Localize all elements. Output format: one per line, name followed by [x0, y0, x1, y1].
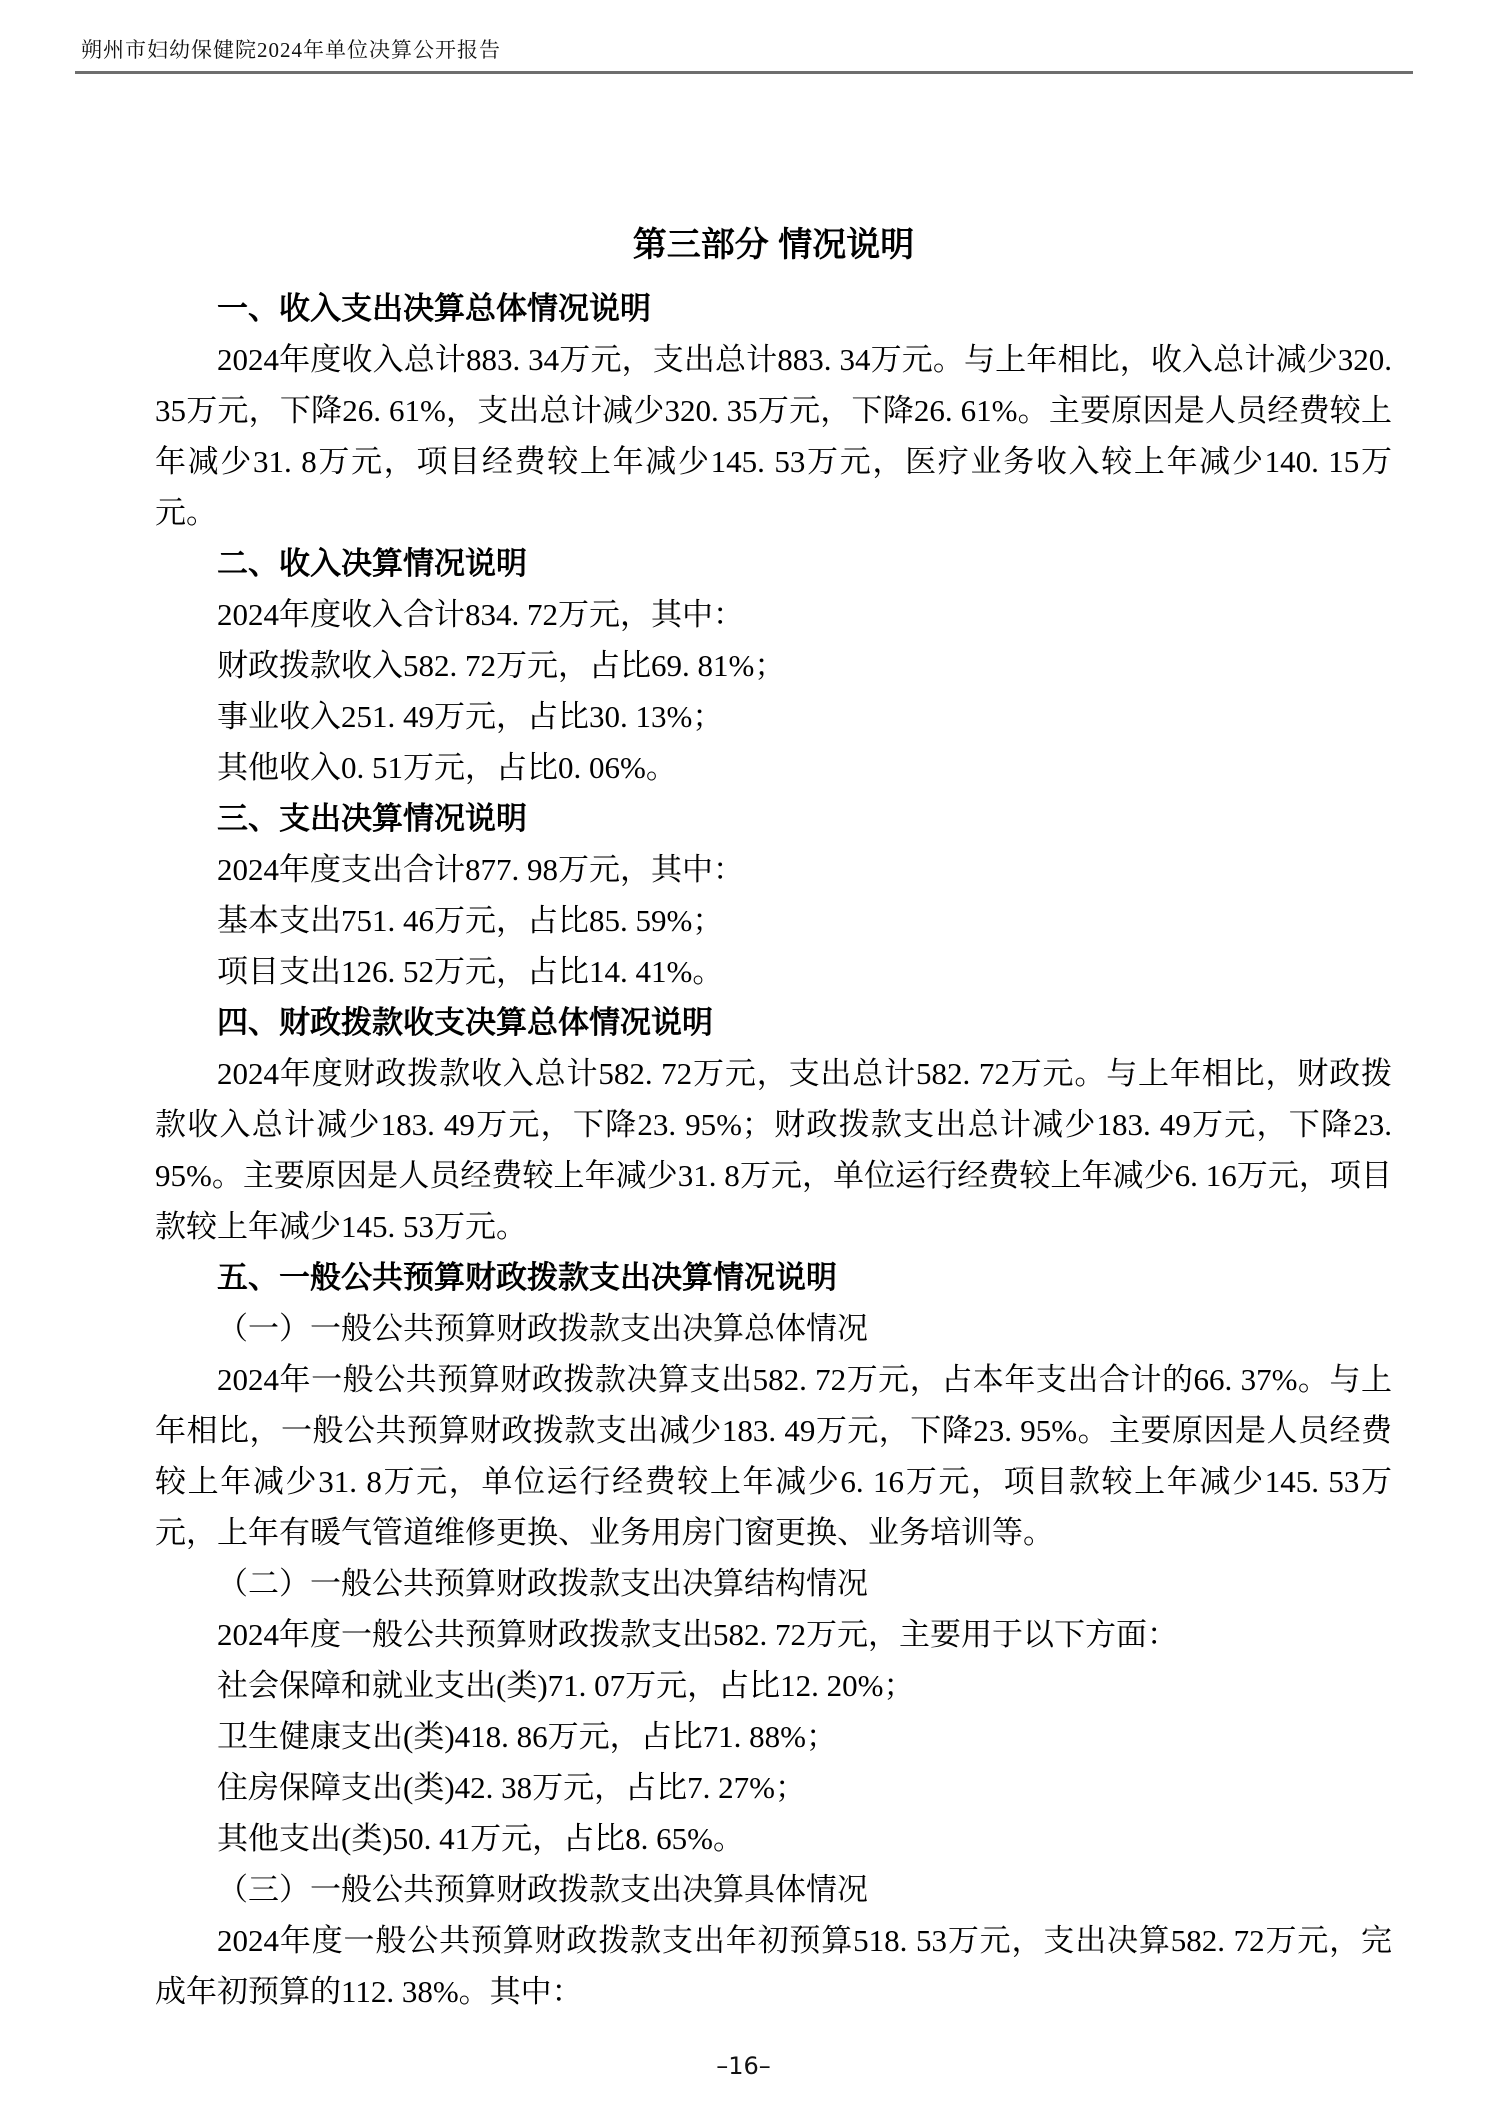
subsection-heading-1: （一）一般公共预算财政拨款支出决算总体情况 — [155, 1303, 1392, 1354]
paragraph-income-total: 2024年度收入合计834. 72万元，其中： — [155, 589, 1392, 640]
stat-line-health: 卫生健康支出(类)418. 86万元，占比71. 88%； — [155, 1711, 1392, 1762]
header-rule — [75, 71, 1413, 74]
stat-line-fiscal-income: 财政拨款收入582. 72万元，占比69. 81%； — [155, 640, 1392, 691]
stat-line-other-expenditure: 其他支出(类)50. 41万元，占比8. 65%。 — [155, 1813, 1392, 1864]
stat-line-operating-income: 事业收入251. 49万元，占比30. 13%； — [155, 691, 1392, 742]
paragraph-expenditure-total: 2024年度支出合计877. 98万元，其中： — [155, 844, 1392, 895]
document-page: 朔州市妇幼保健院2024年单位决算公开报告 第三部分 情况说明 一、收入支出决算… — [0, 0, 1487, 2105]
section-heading-3: 三、支出决算情况说明 — [155, 793, 1392, 844]
page-number: –16– — [0, 2052, 1487, 2080]
section-heading-2: 二、收入决算情况说明 — [155, 538, 1392, 589]
paragraph-overall-summary: 2024年度收入总计883. 34万元，支出总计883. 34万元。与上年相比，… — [155, 334, 1392, 538]
stat-line-social-security: 社会保障和就业支出(类)71. 07万元，占比12. 20%； — [155, 1660, 1392, 1711]
header-title: 朔州市妇幼保健院2024年单位决算公开报告 — [75, 36, 1413, 64]
part-title: 第三部分 情况说明 — [155, 220, 1392, 271]
stat-line-other-income: 其他收入0. 51万元，占比0. 06%。 — [155, 742, 1392, 793]
page-header: 朔州市妇幼保健院2024年单位决算公开报告 — [75, 36, 1413, 74]
stat-line-housing: 住房保障支出(类)42. 38万元，占比7. 27%； — [155, 1762, 1392, 1813]
stat-line-project-expenditure: 项目支出126. 52万元，占比14. 41%。 — [155, 946, 1392, 997]
paragraph-fiscal-summary: 2024年度财政拨款收入总计582. 72万元，支出总计582. 72万元。与上… — [155, 1048, 1392, 1252]
section-heading-4: 四、财政拨款收支决算总体情况说明 — [155, 997, 1392, 1048]
subsection-heading-2: （二）一般公共预算财政拨款支出决算结构情况 — [155, 1558, 1392, 1609]
paragraph-budget-structure: 2024年度一般公共预算财政拨款支出582. 72万元，主要用于以下方面： — [155, 1609, 1392, 1660]
section-heading-5: 五、一般公共预算财政拨款支出决算情况说明 — [155, 1252, 1392, 1303]
section-heading-1: 一、收入支出决算总体情况说明 — [155, 283, 1392, 334]
paragraph-budget-overall: 2024年一般公共预算财政拨款决算支出582. 72万元，占本年支出合计的66.… — [155, 1354, 1392, 1558]
subsection-heading-3: （三）一般公共预算财政拨款支出决算具体情况 — [155, 1864, 1392, 1915]
document-body: 第三部分 情况说明 一、收入支出决算总体情况说明 2024年度收入总计883. … — [155, 220, 1392, 2017]
stat-line-basic-expenditure: 基本支出751. 46万元，占比85. 59%； — [155, 895, 1392, 946]
paragraph-budget-detail: 2024年度一般公共预算财政拨款支出年初预算518. 53万元，支出决算582.… — [155, 1915, 1392, 2017]
